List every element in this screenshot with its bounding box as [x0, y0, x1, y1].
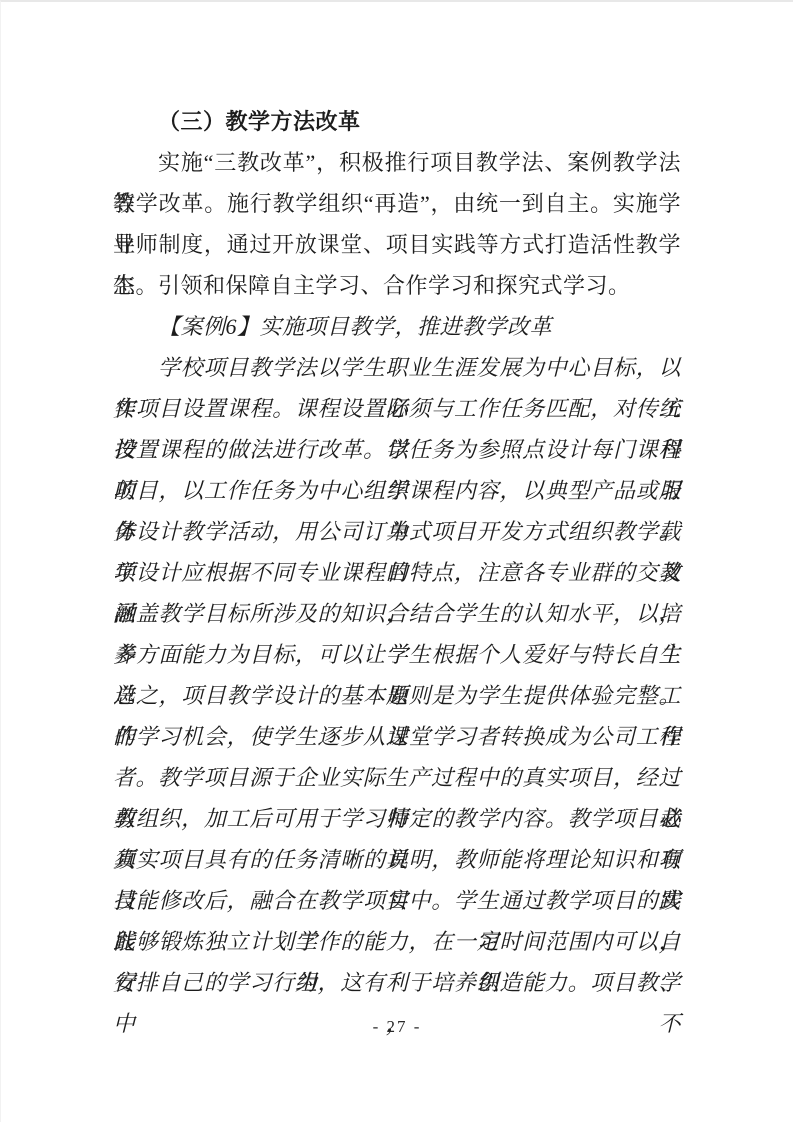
text-line: 真实项目具有的任务清晰的说明，教师能将理论知识和项目实践	[113, 839, 681, 880]
text-line: 多方面能力为目标，可以让学生根据个人爱好与特长自主选题。	[113, 634, 681, 675]
text-line: 实施“三教改革”，积极推行项目教学法、案例教学法等	[113, 142, 681, 183]
text-line: 剪组织，加工后可用于学习特定的教学内容。教学项目必须具有	[113, 798, 681, 839]
text-line: 【案例6】实施项目教学，推进教学改革	[113, 306, 681, 347]
text-line: 体设计教学活动，用公司订单式项目开发方式组织教学。项目教	[113, 511, 681, 552]
text-line: 涵盖教学目标所涉及的知识，结合学生的认知水平，以培养学生	[113, 593, 681, 634]
text-line: 安排自己的学习行为，这有利于培养创造能力。项目教学中，不	[113, 962, 681, 1003]
text-line: 学设计应根据不同专业课程的特点，注意各专业群的交叉融合，	[113, 552, 681, 593]
text-line: 项目，以工作任务为中心组织课程内容，以典型产品或服务为载	[113, 470, 681, 511]
text-line: 能够锻炼独立计划工作的能力，在一定时间范围内可以自行组织、	[113, 921, 681, 962]
text-line: 设置课程的做法进行改革。以任务为参照点设计每门课程的学习	[113, 429, 681, 470]
text-line: 技能修改后，融合在教学项目中。学生通过教学项目的实践学习，	[113, 880, 681, 921]
page-number: - 27 -	[1, 1017, 793, 1037]
text-line: 作项目设置课程。课程设置必须与工作任务匹配，对传统按学科	[113, 388, 681, 429]
text-line: 教学项目源于企业实际生产过程中的真实项目，经过教师裁	[113, 757, 681, 798]
text-line: （三）教学方法改革	[113, 101, 681, 142]
text-line: 学校项目教学法以学生职业生涯发展为中心目标，以实际工	[113, 347, 681, 388]
text-line: 教学改革。施行教学组织“再造”，由统一到自主。实施学业	[113, 183, 681, 224]
document-body: （三）教学方法改革实施“三教改革”，积极推行项目教学法、案例教学法等教学改革。施…	[113, 101, 681, 1003]
text-line: 的学习机会，使学生逐步从课堂学习者转换成为公司工作者。	[113, 716, 681, 757]
text-line: 态。引领和保障自主学习、合作学习和探究式学习。	[113, 265, 681, 306]
document-page: （三）教学方法改革实施“三教改革”，积极推行项目教学法、案例教学法等教学改革。施…	[0, 0, 793, 1122]
text-line: 导师制度，通过开放课堂、项目实践等方式打造活性教学生	[113, 224, 681, 265]
text-line: 总之，项目教学设计的基本原则是为学生提供体验完整工作过程	[113, 675, 681, 716]
